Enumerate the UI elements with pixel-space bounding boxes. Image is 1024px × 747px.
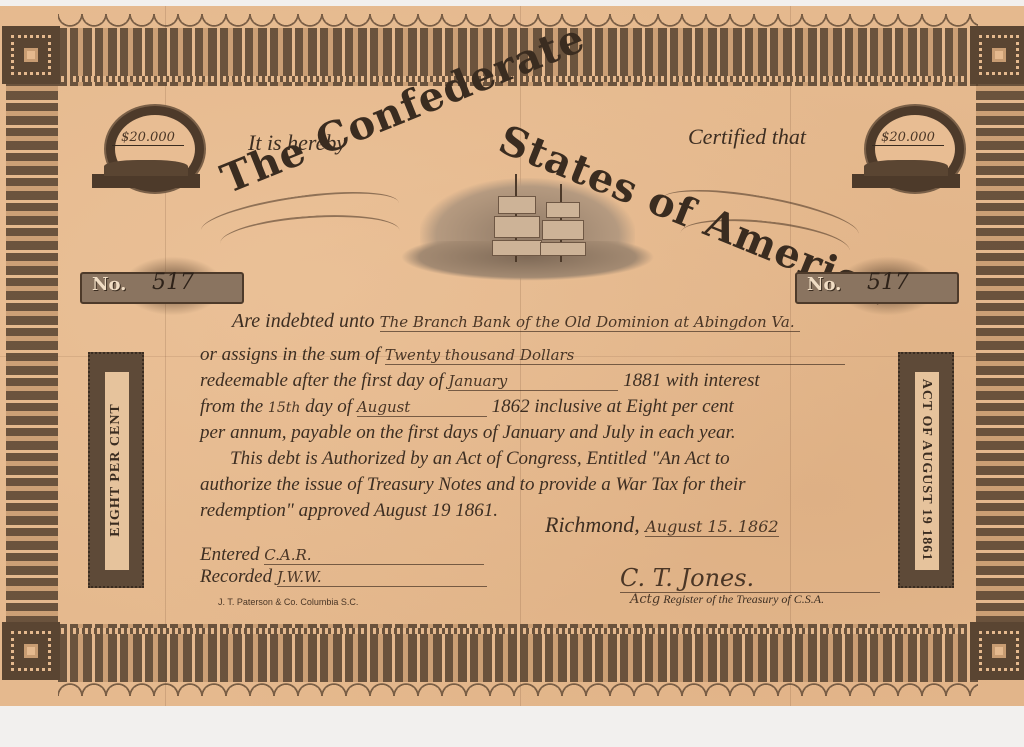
corner-ornament-icon: [970, 26, 1024, 84]
interest-rate-panel: EIGHT PER CENT: [88, 352, 144, 588]
amount-oval-left: $20.000: [92, 102, 202, 212]
printed-text: with interest: [666, 370, 760, 391]
body-line-4: from the 15th day of August 1862 inclusi…: [200, 396, 734, 418]
amount-left: $20.000: [112, 130, 184, 146]
printer-imprint: J. T. Paterson & Co. Columbia S.C.: [218, 597, 358, 607]
place: Richmond,: [545, 512, 640, 537]
serial-number-plate-left: No. 517: [80, 254, 255, 318]
recorded-line: Recorded J.W.W.: [200, 566, 487, 588]
body-line-1: Are indebted unto The Branch Bank of the…: [232, 310, 800, 333]
serial-number-plate-right: No. 517: [795, 254, 970, 318]
body-line-7: authorize the issue of Treasury Notes an…: [200, 474, 746, 496]
interest-month-field: August: [357, 398, 487, 417]
serial-label: No.: [92, 274, 126, 295]
recorded-label: Recorded: [200, 566, 272, 587]
serial-number: 517: [867, 270, 909, 295]
acting-prefix: Actg: [630, 592, 660, 607]
bottom-ornamental-border: [58, 624, 978, 682]
entered-line: Entered C.A.R.: [200, 544, 484, 566]
corner-ornament-icon: [2, 622, 60, 680]
redemption-month-field: January: [448, 372, 618, 391]
right-ornamental-border: [976, 66, 1024, 636]
entered-initials: C.A.R.: [264, 546, 484, 565]
amount-oval-right: $20.000: [852, 102, 962, 212]
oval-pedestal: [852, 174, 960, 188]
body-line-3: redeemable after the first day of Januar…: [200, 370, 760, 392]
act-date-panel: ACT OF AUGUST 19 1861: [898, 352, 954, 588]
act-date-text: ACT OF AUGUST 19 1861: [918, 379, 934, 562]
printed-text: from the: [200, 396, 263, 417]
left-ornamental-border: [6, 66, 58, 636]
serial-number: 517: [152, 270, 194, 295]
oval-pedestal: [92, 174, 200, 188]
register-title-line: Actg Register of the Treasury of C.S.A.: [630, 592, 824, 607]
corner-ornament-icon: [970, 622, 1024, 680]
printed-text: Are indebted unto: [232, 310, 375, 332]
interest-rate-text: EIGHT PER CENT: [108, 403, 124, 537]
corner-ornament-icon: [2, 26, 60, 84]
printed-text: redeemable after the first day of: [200, 370, 444, 391]
sailing-ship-vignette-icon: [400, 166, 655, 281]
printed-text: or assigns in the sum of: [200, 344, 380, 365]
payee-field: The Branch Bank of the Old Dominion at A…: [380, 313, 800, 332]
body-line-8: redemption" approved August 19 1861.: [200, 500, 498, 522]
body-line-6: This debt is Authorized by an Act of Con…: [230, 448, 730, 470]
interest-day-field: 15th: [268, 400, 300, 416]
bond-certificate: $20.000 $20.000 It is hereby Certified t…: [0, 6, 1024, 706]
serial-label: No.: [807, 274, 841, 295]
interest-year: 1862: [492, 396, 530, 417]
header-script-right: Certified that: [688, 124, 806, 150]
redemption-year: 1881: [623, 370, 661, 391]
body-line-5: per annum, payable on the first days of …: [200, 422, 736, 444]
printed-text: day of: [305, 396, 352, 417]
sum-field: Twenty thousand Dollars: [385, 346, 845, 365]
amount-right: $20.000: [872, 130, 944, 146]
entered-label: Entered: [200, 544, 259, 565]
register-title: Register of the Treasury of C.S.A.: [663, 592, 824, 606]
body-line-2: or assigns in the sum of Twenty thousand…: [200, 344, 845, 366]
register-signature: C. T. Jones.: [620, 564, 880, 593]
printed-text: inclusive at Eight per cent: [534, 396, 733, 417]
place-date: Richmond, August 15. 1862: [545, 512, 779, 538]
issue-date: August 15. 1862: [645, 517, 778, 537]
recorded-initials: J.W.W.: [277, 568, 487, 587]
